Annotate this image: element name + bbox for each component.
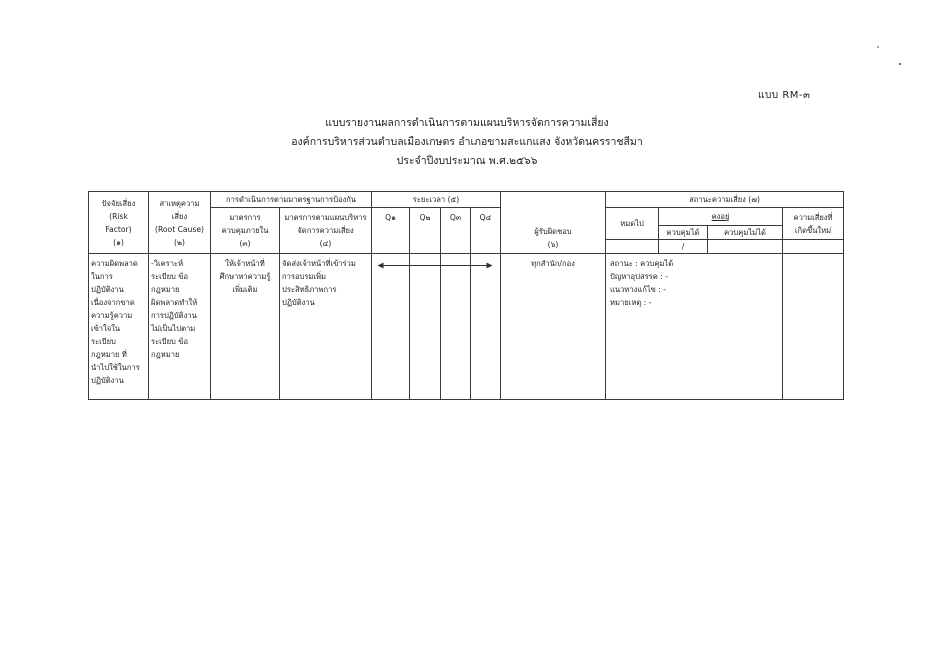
status-mark-uncontrollable [708,240,783,254]
obstacle-text: ปัญหาอุปสรรค : - [610,270,780,283]
header-status-gone: หมดไป [606,208,659,240]
status-mark-new-risk [783,240,844,254]
period-double-arrow-icon [0,0,1,1]
header-q3: Q๓ [441,208,471,254]
header-responsible: ผู้รับผิดชอบ (๖) [501,192,606,254]
cell-q2 [410,254,441,400]
cell-text: กฎหมาย [151,348,208,361]
cell-internal-control: ให้เจ้าหน้าที่ ศึกษาหาความรู้ เพิ่มเติม [211,254,280,400]
header-text: มาตรการ [213,211,277,224]
cell-text: ให้เจ้าหน้าที่ [213,257,277,270]
cell-text: นำไปใช้ในการ [91,361,146,374]
status-mark-controllable: / [659,240,708,254]
header-internal-control: มาตรการ ควบคุมภายใน (๓) [211,208,280,254]
header-text: Factor) [91,223,146,236]
cell-q4 [471,254,501,400]
cell-text: ผิดพลาดทำให้ [151,296,208,309]
remark-text: หมายเหตุ : - [610,296,780,309]
header-text: จัดการความเสี่ยง [282,224,369,237]
cell-text: กฎหมาย ที่ [91,348,146,361]
form-code: แบบ RM-๓ [758,88,810,103]
header-text: (๑) [91,236,146,249]
cell-text: ความรู้ความ [91,309,146,322]
header-prevention-group: การดำเนินการตามมาตรฐานการป้องกัน [211,192,372,208]
cell-status-detail: สถานะ : ควบคุมได้ ปัญหาอุปสรรค : - แนวทา… [606,254,783,400]
header-text: (๔) [282,237,369,250]
cell-text: กฎหมาย [151,283,208,296]
header-q4: Q๔ [471,208,501,254]
status-mark-gone [606,240,659,254]
cell-text: ระเบียบ ข้อ [151,335,208,348]
cell-q1 [372,254,410,400]
title-line-2: องค์การบริหารส่วนตำบลเมืองเกษตร อำเภอขาม… [0,133,934,152]
cell-text: เพิ่มเติม [213,283,277,296]
scan-speck [877,46,879,48]
header-risk-factor: ปัจจัยเสี่ยง (Risk Factor) (๑) [89,192,149,254]
solution-text: แนวทางแก้ไข : - [610,283,780,296]
cell-new-risk [783,254,844,400]
header-status-uncontrollable: ควบคุมไม่ได้ [708,226,783,240]
header-text: มาตรการตามแผนบริหาร [282,211,369,224]
cell-text: ปฏิบัติงาน [282,296,369,309]
cell-text: ระเบียบ ข้อ [151,270,208,283]
title-line-1: แบบรายงานผลการดำเนินการตามแผนบริหารจัดกา… [0,114,934,133]
header-root-cause: สาเหตุความ เสี่ยง (Root Cause) (๒) [149,192,211,254]
header-status-controllable: ควบคุมได้ [659,226,708,240]
document-title: แบบรายงานผลการดำเนินการตามแผนบริหารจัดกา… [0,114,934,171]
cell-responsible: ทุกสำนัก/กอง [501,254,606,400]
cell-q3 [441,254,471,400]
header-text: ปัจจัยเสี่ยง [91,197,146,210]
header-text: (๖) [503,238,603,251]
header-period-group: ระยะเวลา (๕) [372,192,501,208]
cell-text: ไม่เป็นไปตาม [151,322,208,335]
cell-risk-factor: ความผิดพลาด ในการ ปฏิบัติงาน เนื่องจากขา… [89,254,149,400]
cell-text: การอบรมเพิ่ม [282,270,369,283]
header-text: (๒) [151,236,208,249]
risk-report-table: ปัจจัยเสี่ยง (Risk Factor) (๑) สาเหตุควา… [88,191,844,400]
cell-text: -วิเคราะห์ [151,257,208,270]
cell-text: ปฏิบัติงาน [91,374,146,387]
header-text: ควบคุมภายใน [213,224,277,237]
cell-text: ระเบียบ [91,335,146,348]
cell-text: ความผิดพลาด [91,257,146,270]
cell-text: การปฏิบัติงาน [151,309,208,322]
scan-speck [899,63,901,65]
status-text: สถานะ : ควบคุมได้ [610,257,780,270]
cell-text: ปฏิบัติงาน [91,283,146,296]
header-text: เสี่ยง [151,210,208,223]
header-q1: Q๑ [372,208,410,254]
table-row: ความผิดพลาด ในการ ปฏิบัติงาน เนื่องจากขา… [89,254,844,400]
header-status-remaining: คงอยู่ [659,208,783,226]
header-text: สาเหตุความ [151,197,208,210]
cell-risk-plan-measure: จัดส่งเจ้าหน้าที่เข้าร่วม การอบรมเพิ่ม ป… [280,254,372,400]
header-status-new-risk: ความเสี่ยงที่ เกิดขึ้นใหม่ [783,208,844,240]
cell-root-cause: -วิเคราะห์ ระเบียบ ข้อ กฎหมาย ผิดพลาดทำใ… [149,254,211,400]
cell-text: ประสิทธิภาพการ [282,283,369,296]
title-line-3: ประจำปีงบประมาณ พ.ศ.๒๕๖๖ [0,152,934,171]
header-text: (๓) [213,237,277,250]
header-text: เกิดขึ้นใหม่ [785,224,841,237]
header-text: ความเสี่ยงที่ [785,211,841,224]
cell-text: ศึกษาหาความรู้ [213,270,277,283]
cell-text: เนื่องจากขาด [91,296,146,309]
header-text: (Root Cause) [151,223,208,236]
header-q2: Q๒ [410,208,441,254]
cell-text: เข้าใจใน [91,322,146,335]
header-text: (Risk [91,210,146,223]
header-risk-plan-measure: มาตรการตามแผนบริหาร จัดการความเสี่ยง (๔) [280,208,372,254]
cell-text: ในการ [91,270,146,283]
cell-text: จัดส่งเจ้าหน้าที่เข้าร่วม [282,257,369,270]
header-status-group: สถานะความเสี่ยง (๗) [606,192,844,208]
header-text: ผู้รับผิดชอบ [503,225,603,238]
